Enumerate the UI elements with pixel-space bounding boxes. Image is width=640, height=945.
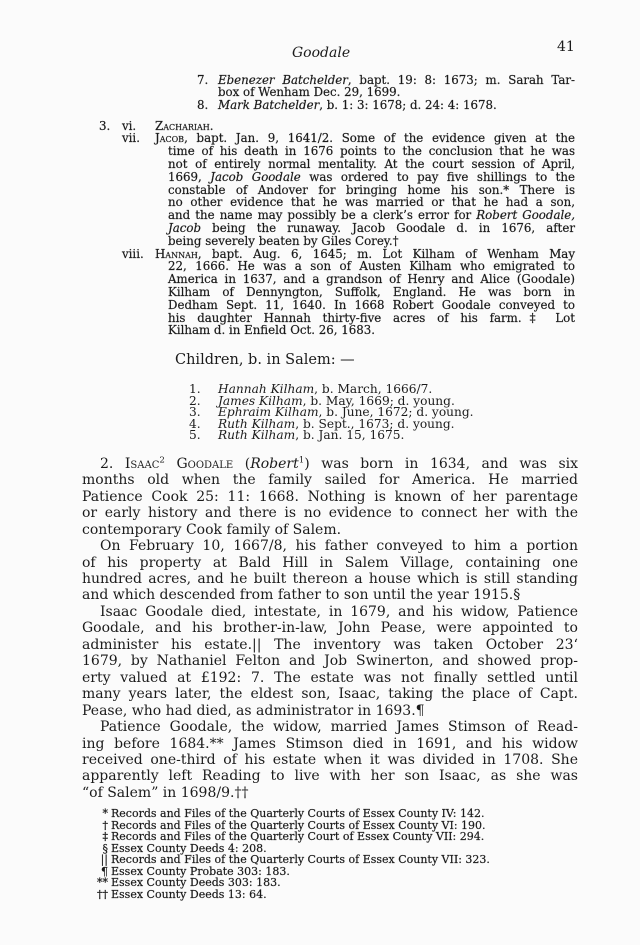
child-name: Ruth Kilham (218, 428, 295, 442)
text-line: Kilham of Dennyngton, Suffolk, England. … (168, 286, 575, 299)
text-line: months old when the family sailed for Am… (82, 472, 578, 488)
text-line: 2. Isaac2 Goodale (Robert1) was born in … (82, 456, 578, 472)
text-line: “of Salem” in 1698/9.†† (82, 785, 578, 801)
text-line: hundred acres, and he built thereon a ho… (82, 571, 578, 587)
roman-numeral: vii. (122, 132, 140, 145)
text-line: Jacob being the runaway. Jacob Goodale d… (168, 222, 575, 235)
small-caps-name: Goodale (176, 456, 233, 472)
footnote-mark: †† (93, 889, 108, 901)
child-number: 8. (197, 99, 208, 112)
child-entry-8: 8. Mark Batchelder, b. 1: 3: 1678; d. 24… (0, 99, 640, 112)
text-line: On February 10, 1667/8, his father conve… (82, 538, 578, 554)
italic-text: Jacob (168, 221, 201, 235)
goodale-siblings-list: 3. vi. Zachariah. vii. Jacob, bapt. Jan.… (0, 120, 640, 338)
text-line: and which descended from father to son u… (82, 587, 578, 603)
text-line: Dedham Sept. 11, 1640. In 1668 Robert Go… (168, 299, 575, 312)
paragraph-estate: Isaac Goodale died, intestate, in 1679, … (82, 604, 578, 719)
main-text: 2. Isaac2 Goodale (Robert1) was born in … (82, 456, 578, 802)
sibling-entry-jacob: vii. Jacob, bapt. Jan. 9, 1641/2. Some o… (0, 132, 640, 247)
text-line: ing before 1684.** James Stimson died in… (82, 736, 578, 752)
text-line: many years later, the eldest son, Isaac,… (82, 686, 578, 702)
small-caps-name: Isaac (125, 456, 159, 472)
child-number: 5. (189, 430, 201, 442)
batchelder-children-list: 7. Ebenezer Batchelder, bapt. 19: 8: 167… (0, 74, 640, 112)
page-number: 41 (557, 37, 575, 57)
text-line: contemporary Cook family of Salem. (82, 522, 578, 538)
text-line: or early history and there is no evidenc… (82, 505, 578, 521)
footnotes: *Records and Files of the Quarterly Cour… (93, 808, 613, 900)
child-entry-7: 7. Ebenezer Batchelder, bapt. 19: 8: 167… (0, 74, 640, 100)
text-line: Goodale, and his brother-in-law, John Pe… (82, 620, 578, 636)
text-line: 1679, by Nathaniel Felton and Job Swiner… (82, 653, 578, 669)
footnote-mark: * (93, 808, 108, 820)
book-page: Goodale 41 7. Ebenezer Batchelder, bapt.… (0, 0, 640, 945)
text-line: apparently left Reading to live with her… (82, 768, 578, 784)
text-line: Pease, who had died, as administrator in… (82, 703, 578, 719)
text-line: Patience Cook 25: 11: 1668. Nothing is k… (82, 489, 578, 505)
children-heading: Children, b. in Salem: — (175, 352, 355, 368)
paragraph-widow: Patience Goodale, the widow, married Jam… (82, 719, 578, 801)
italic-text: Mark Batchelder (218, 98, 319, 112)
text-line: Mark Batchelder, b. 1: 3: 1678; d. 24: 4… (218, 99, 575, 112)
text-line: 1669, Jacob Goodale was ordered to pay f… (168, 171, 575, 184)
kilham-children-list: 1. Hannah Kilham, b. March, 1666/7. 2. J… (0, 384, 640, 442)
text-line: being severely beaten by Giles Corey.† (168, 235, 575, 248)
superscript: 2 (159, 455, 165, 465)
text-line: erty valued at £192: 7. The estate was n… (82, 670, 578, 686)
generation-number: 3. (99, 120, 110, 133)
text-line: Patience Goodale, the widow, married Jam… (82, 719, 578, 735)
list-item: 5. Ruth Kilham, b. Jan. 15, 1675. (0, 430, 640, 442)
running-title: Goodale (292, 43, 350, 63)
text-line: Isaac Goodale died, intestate, in 1679, … (82, 604, 578, 620)
paragraph-isaac-birth: 2. Isaac2 Goodale (Robert1) was born in … (82, 456, 578, 538)
text-line: received one-third of his estate when it… (82, 752, 578, 768)
sibling-entry-text: Hannah, bapt. Aug. 6, 1645; m. Lot Kilha… (168, 248, 575, 338)
italic-text: Jacob Goodale (210, 170, 300, 184)
child-entry-text: Mark Batchelder, b. 1: 3: 1678; d. 24: 4… (218, 99, 575, 112)
roman-numeral: viii. (122, 248, 144, 261)
sibling-entry-text: Jacob, bapt. Jan. 9, 1641/2. Some of the… (168, 132, 575, 247)
child-number: 7. (197, 74, 208, 87)
child-details: , b. Jan. 15, 1675. (295, 428, 404, 442)
superscript: 1 (299, 455, 305, 465)
paragraph-bald-hill: On February 10, 1667/8, his father conve… (82, 538, 578, 604)
sibling-entry-hannah: viii. Hannah, bapt. Aug. 6, 1645; m. Lot… (0, 248, 640, 338)
text-line: Kilham d. in Enfield Oct. 26, 1683. (168, 324, 575, 337)
child-entry-text: Ebenezer Batchelder, bapt. 19: 8: 1673; … (218, 74, 575, 100)
footnote-text: Essex County Deeds 13: 64. (111, 888, 267, 901)
text-line: administer his estate.|| The inventory w… (82, 637, 578, 653)
footnote: ††Essex County Deeds 13: 64. (93, 889, 613, 901)
text-line: of his property at Bald Hill in Salem Vi… (82, 555, 578, 571)
italic-text: Robert (250, 456, 299, 472)
